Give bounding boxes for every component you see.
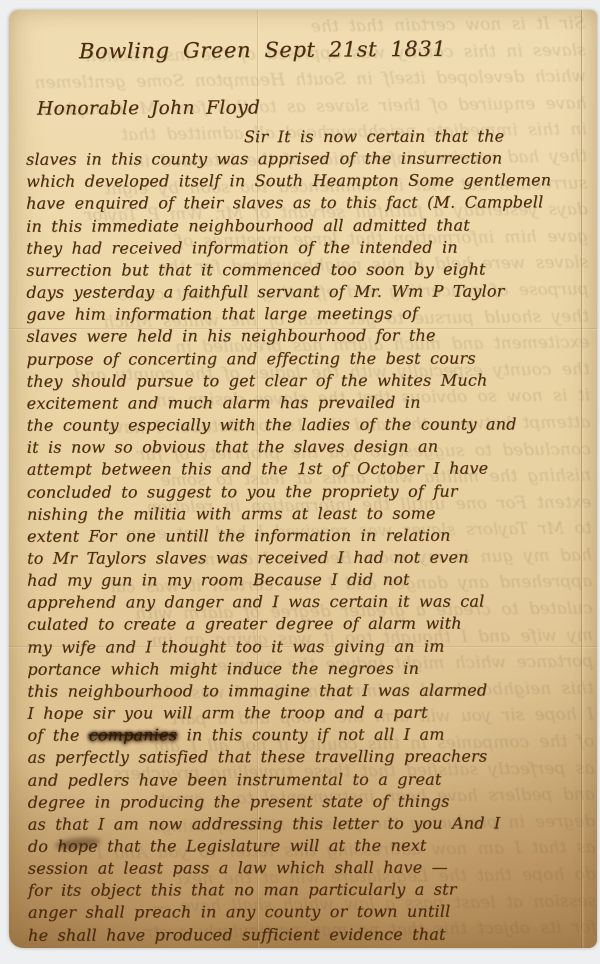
letter-line: gave him information that large meetings… [26,303,584,327]
letter-line: concluded to suggest to you the propriet… [27,480,585,504]
letter-line: the county especially with the ladies of… [27,413,585,437]
letter-line: nishing the militia with arms at least t… [27,502,585,526]
letter-line: have enquired of their slaves as to this… [26,192,584,216]
letter-line: apprehend any danger and I was certain i… [27,591,585,615]
letter-line: my wife and I thought too it was giving … [27,635,585,659]
letter-page: Sir It is now certain that theslaves in … [9,10,597,948]
letter-line: slaves in this county was apprised of th… [26,147,584,171]
letter-line: culated to create a greater degree of al… [27,613,585,637]
letter-line: extent For one untill the information in… [27,524,585,548]
letter-line: for its object this that no man particul… [28,879,586,903]
letter-line: I hope sir you will arm the troop and a … [27,701,585,725]
letter-line: days yesterday a faithfull servant of Mr… [26,280,584,304]
letter-line: he shall have produced sufficient eviden… [28,923,586,947]
struck-word: companies [89,726,178,745]
letter-line: as that I am now addressing this letter … [28,812,586,836]
letter-line: to Mr Taylors slaves was received I had … [27,546,585,570]
letter-line: portance which might induce the negroes … [27,657,585,681]
salutation: Honorable John Floyd [37,97,260,119]
letter-line: excitement and much alarm has prevailed … [27,391,585,415]
letter-line: purpose of concerting and effecting the … [27,347,585,371]
letter-line: slaves were held in his neighbourhood fo… [26,325,584,349]
letter-line: this neighbourhood to immagine that I wa… [27,679,585,703]
scan-background: Sir It is now certain that theslaves in … [0,0,600,964]
letter-body: Sir It is now certain that theslaves in … [26,125,586,946]
letter-line: they had received information of the int… [26,236,584,260]
letter-line: anger shall preach in any county or town… [28,901,586,925]
letter-line: do hope that the Legislature will at the… [28,834,586,858]
letter-line: in this immediate neighbourhood all admi… [26,214,584,238]
letter-line: session at least pass a law which shall … [28,856,586,880]
letter-line: as perfectly satisfied that these travel… [28,746,586,770]
letter-line: surrection but that it commenced too soo… [26,258,584,282]
letter-line: it is now so obvious that the slaves des… [27,435,585,459]
letter-line: which developed itself in South Heampton… [26,170,584,194]
letter-line: degree in producing the present state of… [28,790,586,814]
dateline: Bowling Green Sept 21st 1831 [79,37,446,64]
letter-line: Sir It is now certain that the [26,125,584,149]
letter-line: and pedlers have been instrumental to a … [28,768,586,792]
letter-line: had my gun in my room Because I did not [27,568,585,592]
letter-line: of the companies in this county if not a… [27,723,585,747]
letter-line: they should pursue to get clear of the w… [27,369,585,393]
letter-line: attempt between this and the 1st of Octo… [27,458,585,482]
handwriting-layer: Bowling Green Sept 21st 1831 Honorable J… [9,10,597,948]
